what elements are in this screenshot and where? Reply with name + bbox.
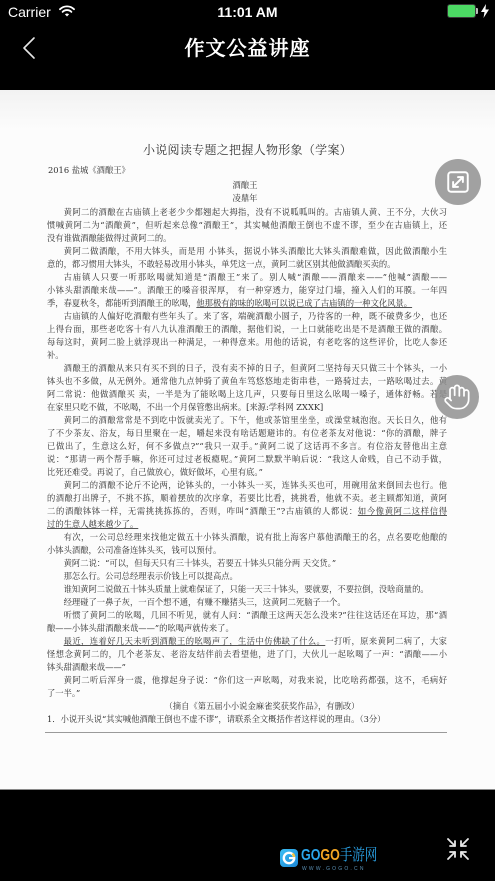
doc-line: 怪想念黄阿二的，几个老茶友、老浴友结伴前去看望他，进了门，大伙儿一起吆喝了一声：… [47, 648, 447, 661]
line-text: 听惯了黄阿二的吆喝，几回不听见，就有人问：“酒酿王这两天怎么没来?”往往这话还在… [64, 610, 447, 620]
doc-line: 小钵头酒酿，公司准备连钵头买，钱可以预付。 [47, 544, 447, 557]
line-text: 谁知黄阿二说做五十钵头质量上就难保证了，只能一天三十钵头，要就要，不要拉倒，没啥… [64, 584, 429, 594]
line-text: 惯喊黄阿二为“酒酿黄”，但听起来总像“酒酿王”，其实喊他酒酿王倒也不虚不谬，至少… [47, 220, 447, 230]
doc-line: 黄阿二的酒酿不论斤不论两，论钵头的，一小钵头一买，连钵头买也可，用碗用盆来倒回去… [47, 479, 447, 492]
line-text: 经理碰了一鼻子灰，一百个想不通，有赚不赚猪头三，这黄阿二死脑子一个。 [64, 597, 346, 607]
clock: 11:01 AM [0, 4, 495, 20]
line-text: 小钵头甜酒酿来哉——”。酒酿王的嗓音很浑厚， 有一种穿透力，能穿过门墙，撞入人们… [47, 285, 447, 295]
doc-line: 惯喊黄阿二为“酒酿黄”，但听起来总像“酒酿王”，其实喊他酒酿王倒也不虚不谬，至少… [47, 219, 447, 232]
line-text: 在家里只吃不做，不吆喝，不出一个月保管憋出病来。[来源:学科网 ZXXK] [47, 402, 323, 412]
line-text: 古庙镇人只要一听那吆喝就知道是“酒酿王”来了。别人喊“酒酿——酒酿来——”他喊“… [64, 272, 447, 282]
doc-line: 最近，连着好几天未听到酒酿王的吆喝声了，生活中仿佛缺了什么。一打听，原来黄阿二病… [47, 635, 447, 648]
line-text: 补。 [47, 350, 64, 360]
line-text: 黄阿二的酒酿在古庙镇上老老少少都翘起大拇指，没有不说呱呱叫的。古庙镇人黄、王不分… [64, 207, 447, 217]
battery-charging-icon [448, 5, 475, 17]
doc-line: 上得台面，那些老吃客十有八九认准酒酿王的酒酿，据他们说，一上口就能吃出是不是酒酿… [47, 323, 447, 336]
doc-line: 钵头甜酒酿来哉——” [47, 661, 447, 674]
line-text: 钵头甜酒酿来哉——” [47, 662, 126, 672]
line-text: 一打听，原来黄阿二病了，大家 [325, 636, 447, 646]
charging-bolt-icon [481, 4, 489, 18]
status-bar: Carrier 11:01 AM [0, 0, 495, 24]
line-text: 黄阿二做酒酿，不用大钵头，而是用 小钵头，据说小钵头酒酿比大钵头酒酿难做，因此做… [64, 246, 447, 256]
doc-line: 黄阿二说：“可以，但每天只有三十钵头，若要五十钵头只能分两 天交货。” [47, 557, 447, 570]
line-text: 了一半。” [47, 688, 80, 698]
page-title: 作文公益讲座 [0, 36, 495, 62]
hand-tool-button[interactable] [435, 375, 479, 419]
bottom-bar: GOGO手游网 WWW.GOGO.CN [0, 789, 495, 881]
line-text: 酒酿王的酒酿从来只有买不到的日子，没有卖不掉的日子，但黄阿二坚持每天只做三十个钵… [64, 363, 447, 373]
battery-nub [476, 8, 478, 14]
doc-line: 黄阿二的酒酿常常是不到吃中饭就卖光了。下午，他或茶馆里坐坐，或澡堂城泡泡。天长日… [47, 414, 447, 427]
question-1: 1．小说开头说“其实喊他酒酿王倒也不虚不谬”，请联系全文概括作者这样说的理由。（… [47, 713, 447, 726]
line-text: 二的酒酿钵钵一样，无需挑挑拣拣的，否则，咋叫“酒酿王”?古庙镇的人都说： [47, 506, 358, 516]
hand-icon [443, 383, 471, 411]
underlined-text: 他那极有韵味的吆喝可以说已成了古庙镇的一种文化风景。 [196, 298, 412, 308]
underlined-text: 过的生意人越来越少了。 [47, 519, 138, 529]
line-text: 黄阿二的酒酿常常是不到吃中饭就卖光了。下午，他或茶馆里坐坐，或澡堂城泡泡。天长日… [64, 415, 447, 425]
line-text: 季，春夏秋冬，都能听到酒酿王的吆喝， [47, 298, 196, 308]
doc-line: 阿二常说：他做酒酿买 卖，一半是为了能吆喝上这几声，只要每日里这么吆喝一嗓子，通… [47, 388, 447, 401]
navigation-bar: 作文公益讲座 [0, 24, 495, 90]
doc-line: 古庙镇的人偏好吃酒酿有些年头了。来了客，端碗酒酿小圆子，乃待客的一种，既不破费多… [47, 310, 447, 323]
doc-line: 没有谁做酒酿能做得过黄阿二的。 [47, 232, 447, 245]
line-text: 比死还难受。再说了，自己做放心，做好做坏，心里有底。” [47, 467, 263, 477]
line-text: 小钵头酒酿，公司准备连钵头买，钱可以预付。 [47, 545, 221, 555]
resize-button[interactable] [435, 159, 481, 205]
doc-line: 季，春夏秋冬，都能听到酒酿王的吆喝，他那极有韵味的吆喝可以说已成了古庙镇的一种文… [47, 297, 447, 310]
doc-line: 听惯了黄阿二的吆喝，几回不听见，就有人问：“酒酿王这两天怎么没来?”往往这话还在… [47, 609, 447, 622]
resize-icon [445, 169, 471, 195]
exit-fullscreen-icon [445, 836, 471, 862]
line-text: 没有谁做酒酿能做得过黄阿二的。 [47, 233, 171, 243]
line-text: 每每这时，黄阿二脸上就浮现出一种满足，一种得意来。用他的话说，有老吃客的这些评价… [47, 337, 447, 347]
line-text: 阿二常说：他做酒酿买 卖，一半是为了能吆喝上这几声，只要每日里这么吆喝一嗓子，通… [47, 389, 447, 399]
document-source: 2016 盐城《酒酿王》 [48, 164, 130, 176]
story-title: 酒酿王 [0, 179, 490, 191]
story-body: 黄阿二的酒酿在古庙镇上老老少少都翘起大拇指，没有不说呱呱叫的。古庙镇人黄、王不分… [47, 206, 447, 700]
line-text: 古庙镇的人偏好吃酒酿有些年头了。来了客，端碗酒酿小圆子，乃待客的一种，既不破费多… [64, 311, 447, 321]
watermark-logo-icon [280, 849, 298, 867]
line-text: 的酒酿打出牌子，不挑不拣，顺着摆放的次序拿，若要比比看，挑挑看，他就不卖。老主顾… [47, 493, 447, 503]
doc-line: 钵头也不多做，从无例外。通常他九点钟骑了黄鱼车笃悠悠地走街串巷，一路骑过去，一路… [47, 375, 447, 388]
line-text: 钵头也不多做，从无例外。通常他九点钟骑了黄鱼车笃悠悠地走街串巷，一路骑过去，一路… [47, 376, 447, 386]
underlined-text: 如今像黄阿二这样信得 [358, 506, 447, 516]
watermark: GOGO手游网 WWW.GOGO.CN [280, 848, 380, 874]
doc-line: 酒酿王的酒酿从来只有买不到的日子，没有卖不掉的日子，但黄阿二坚持每天只做三十个钵… [47, 362, 447, 375]
line-text: 有次，一公司总经理来找他定做五十小钵头酒酿，说有批上海客户慕他酒酿王的名，点名要… [64, 532, 447, 542]
line-text: 了不少茶友、浴友，每日里聚在一起，嚼起来没有啥话题避讳的。有位老茶友对他说：“你… [47, 428, 447, 438]
line-text: 黄阿二听后浑身一震，他撑起身子说：“你们这一声吆喝，对我来说，比吃啥药都强，这不… [64, 675, 447, 685]
page-shade [0, 90, 495, 130]
watermark-url: WWW.GOGO.CN [302, 866, 366, 872]
watermark-brand: GOGO手游网 [301, 847, 377, 865]
doc-line: 二的酒酿钵钵一样，无需挑挑拣拣的，否则，咋叫“酒酿王”?古庙镇的人都说：如今像黄… [47, 505, 447, 518]
doc-line: 意的，都习惯用大钵头，不敢轻易改用小钵头，单凭这一点，黄阿二就区别其他做酒酿买卖… [47, 258, 447, 271]
doc-line: 黄阿二听后浑身一震，他撑起身子说：“你们这一声吆喝，对我来说，比吃啥药都强，这不… [47, 674, 447, 687]
line-text: 已做出了，生意这么好，何不多做点?”“我只一双手。”黄阿二说了这话再不多言。有位… [47, 441, 447, 451]
watermark-brand-part1: GO [301, 847, 320, 864]
doc-line: 谁知黄阿二说做五十钵头质量上就难保证了，只能一天三十钵头，要就要，不要拉倒，没啥… [47, 583, 447, 596]
doc-line: 那怎么行。公司总经理表示价钱上可以提高点。 [47, 570, 447, 583]
underlined-text: 最近，连着好几天未听到酒酿王的吆喝声了，生活中仿佛缺了什么。 [64, 636, 326, 646]
doc-line: 过的生意人越来越少了。 [47, 518, 447, 531]
doc-line: 古庙镇人只要一听那吆喝就知道是“酒酿王”来了。别人喊“酒酿——酒酿来——”他喊“… [47, 271, 447, 284]
doc-line: 了不少茶友、浴友，每日里聚在一起，嚼起来没有啥话题避讳的。有位老茶友对他说：“你… [47, 427, 447, 440]
answer-line [45, 732, 447, 733]
doc-line: 补。 [47, 349, 447, 362]
line-text: 说：“那请一两个帮手嘛，你还可过过老板瘾呢。”黄阿二默默半晌后说：“我这人命贱，… [47, 454, 447, 464]
doc-line: 酿——小钵头甜酒酿来哉——”的吆喝声就传来了。 [47, 622, 447, 635]
doc-line: 每每这时，黄阿二脸上就浮现出一种满足，一种得意来。用他的话说，有老吃客的这些评价… [47, 336, 447, 349]
line-text: 那怎么行。公司总经理表示价钱上可以提高点。 [64, 571, 238, 581]
doc-line: 的酒酿打出牌子，不挑不拣，顺着摆放的次序拿，若要比比看，挑挑看，他就不卖。老主顾… [47, 492, 447, 505]
watermark-brand-part2: GO [320, 847, 339, 864]
doc-line: 有次，一公司总经理来找他定做五十小钵头酒酿，说有批上海客户慕他酒酿王的名，点名要… [47, 531, 447, 544]
doc-line: 经理碰了一鼻子灰，一百个想不通，有赚不赚猪头三，这黄阿二死脑子一个。 [47, 596, 447, 609]
watermark-brand-suffix: 手游网 [340, 847, 377, 864]
doc-line: 说：“那请一两个帮手嘛，你还可过过老板瘾呢。”黄阿二默默半晌后说：“我这人命贱，… [47, 453, 447, 466]
doc-line: 在家里只吃不做，不吆喝，不出一个月保管憋出病来。[来源:学科网 ZXXK] [47, 401, 447, 414]
doc-line: 黄阿二的酒酿在古庙镇上老老少少都翘起大拇指，没有不说呱呱叫的。古庙镇人黄、王不分… [47, 206, 447, 219]
line-text: 酿——小钵头甜酒酿来哉——”的吆喝声就传来了。 [47, 623, 234, 633]
line-text: 黄阿二的酒酿不论斤不论两，论钵头的，一小钵头一买，连钵头买也可，用碗用盆来倒回去… [64, 480, 447, 490]
line-text: 怪想念黄阿二的，几个老茶友、老浴友结伴前去看望他，进了门，大伙儿一起吆喝了一声：… [47, 649, 447, 659]
line-text: 上得台面，那些老吃客十有八九认准酒酿王的酒酿，据他们说，一上口就能吃出是不是酒酿… [47, 324, 447, 334]
doc-line: 黄阿二做酒酿，不用大钵头，而是用 小钵头，据说小钵头酒酿比大钵头酒酿难做，因此做… [47, 245, 447, 258]
document-viewer[interactable]: 小说阅读专题之把握人物形象（学案） 2016 盐城《酒酿王》 酒酿王 凌鼎年 黄… [0, 90, 495, 789]
line-text: 黄阿二说：“可以，但每天只有三十钵头，若要五十钵头只能分两 天交货。” [64, 558, 336, 568]
document-title: 小说阅读专题之把握人物形象（学案） [0, 142, 495, 158]
story-author: 凌鼎年 [0, 192, 490, 204]
story-attribution: （摘自《第五届小小说金麻雀奖获奖作品》，有删改） [77, 700, 447, 713]
line-text: 意的，都习惯用大钵头，不敢轻易改用小钵头，单凭这一点，黄阿二就区别其他做酒酿买卖… [47, 259, 395, 269]
exit-fullscreen-button[interactable] [445, 836, 471, 862]
doc-line: 已做出了，生意这么好，何不多做点?”“我只一双手。”黄阿二说了这话再不多言。有位… [47, 440, 447, 453]
doc-line: 了一半。” [47, 687, 447, 700]
doc-line: 小钵头甜酒酿来哉——”。酒酿王的嗓音很浑厚， 有一种穿透力，能穿过门墙，撞入人们… [47, 284, 447, 297]
doc-line: 比死还难受。再说了，自己做放心，做好做坏，心里有底。” [47, 466, 447, 479]
